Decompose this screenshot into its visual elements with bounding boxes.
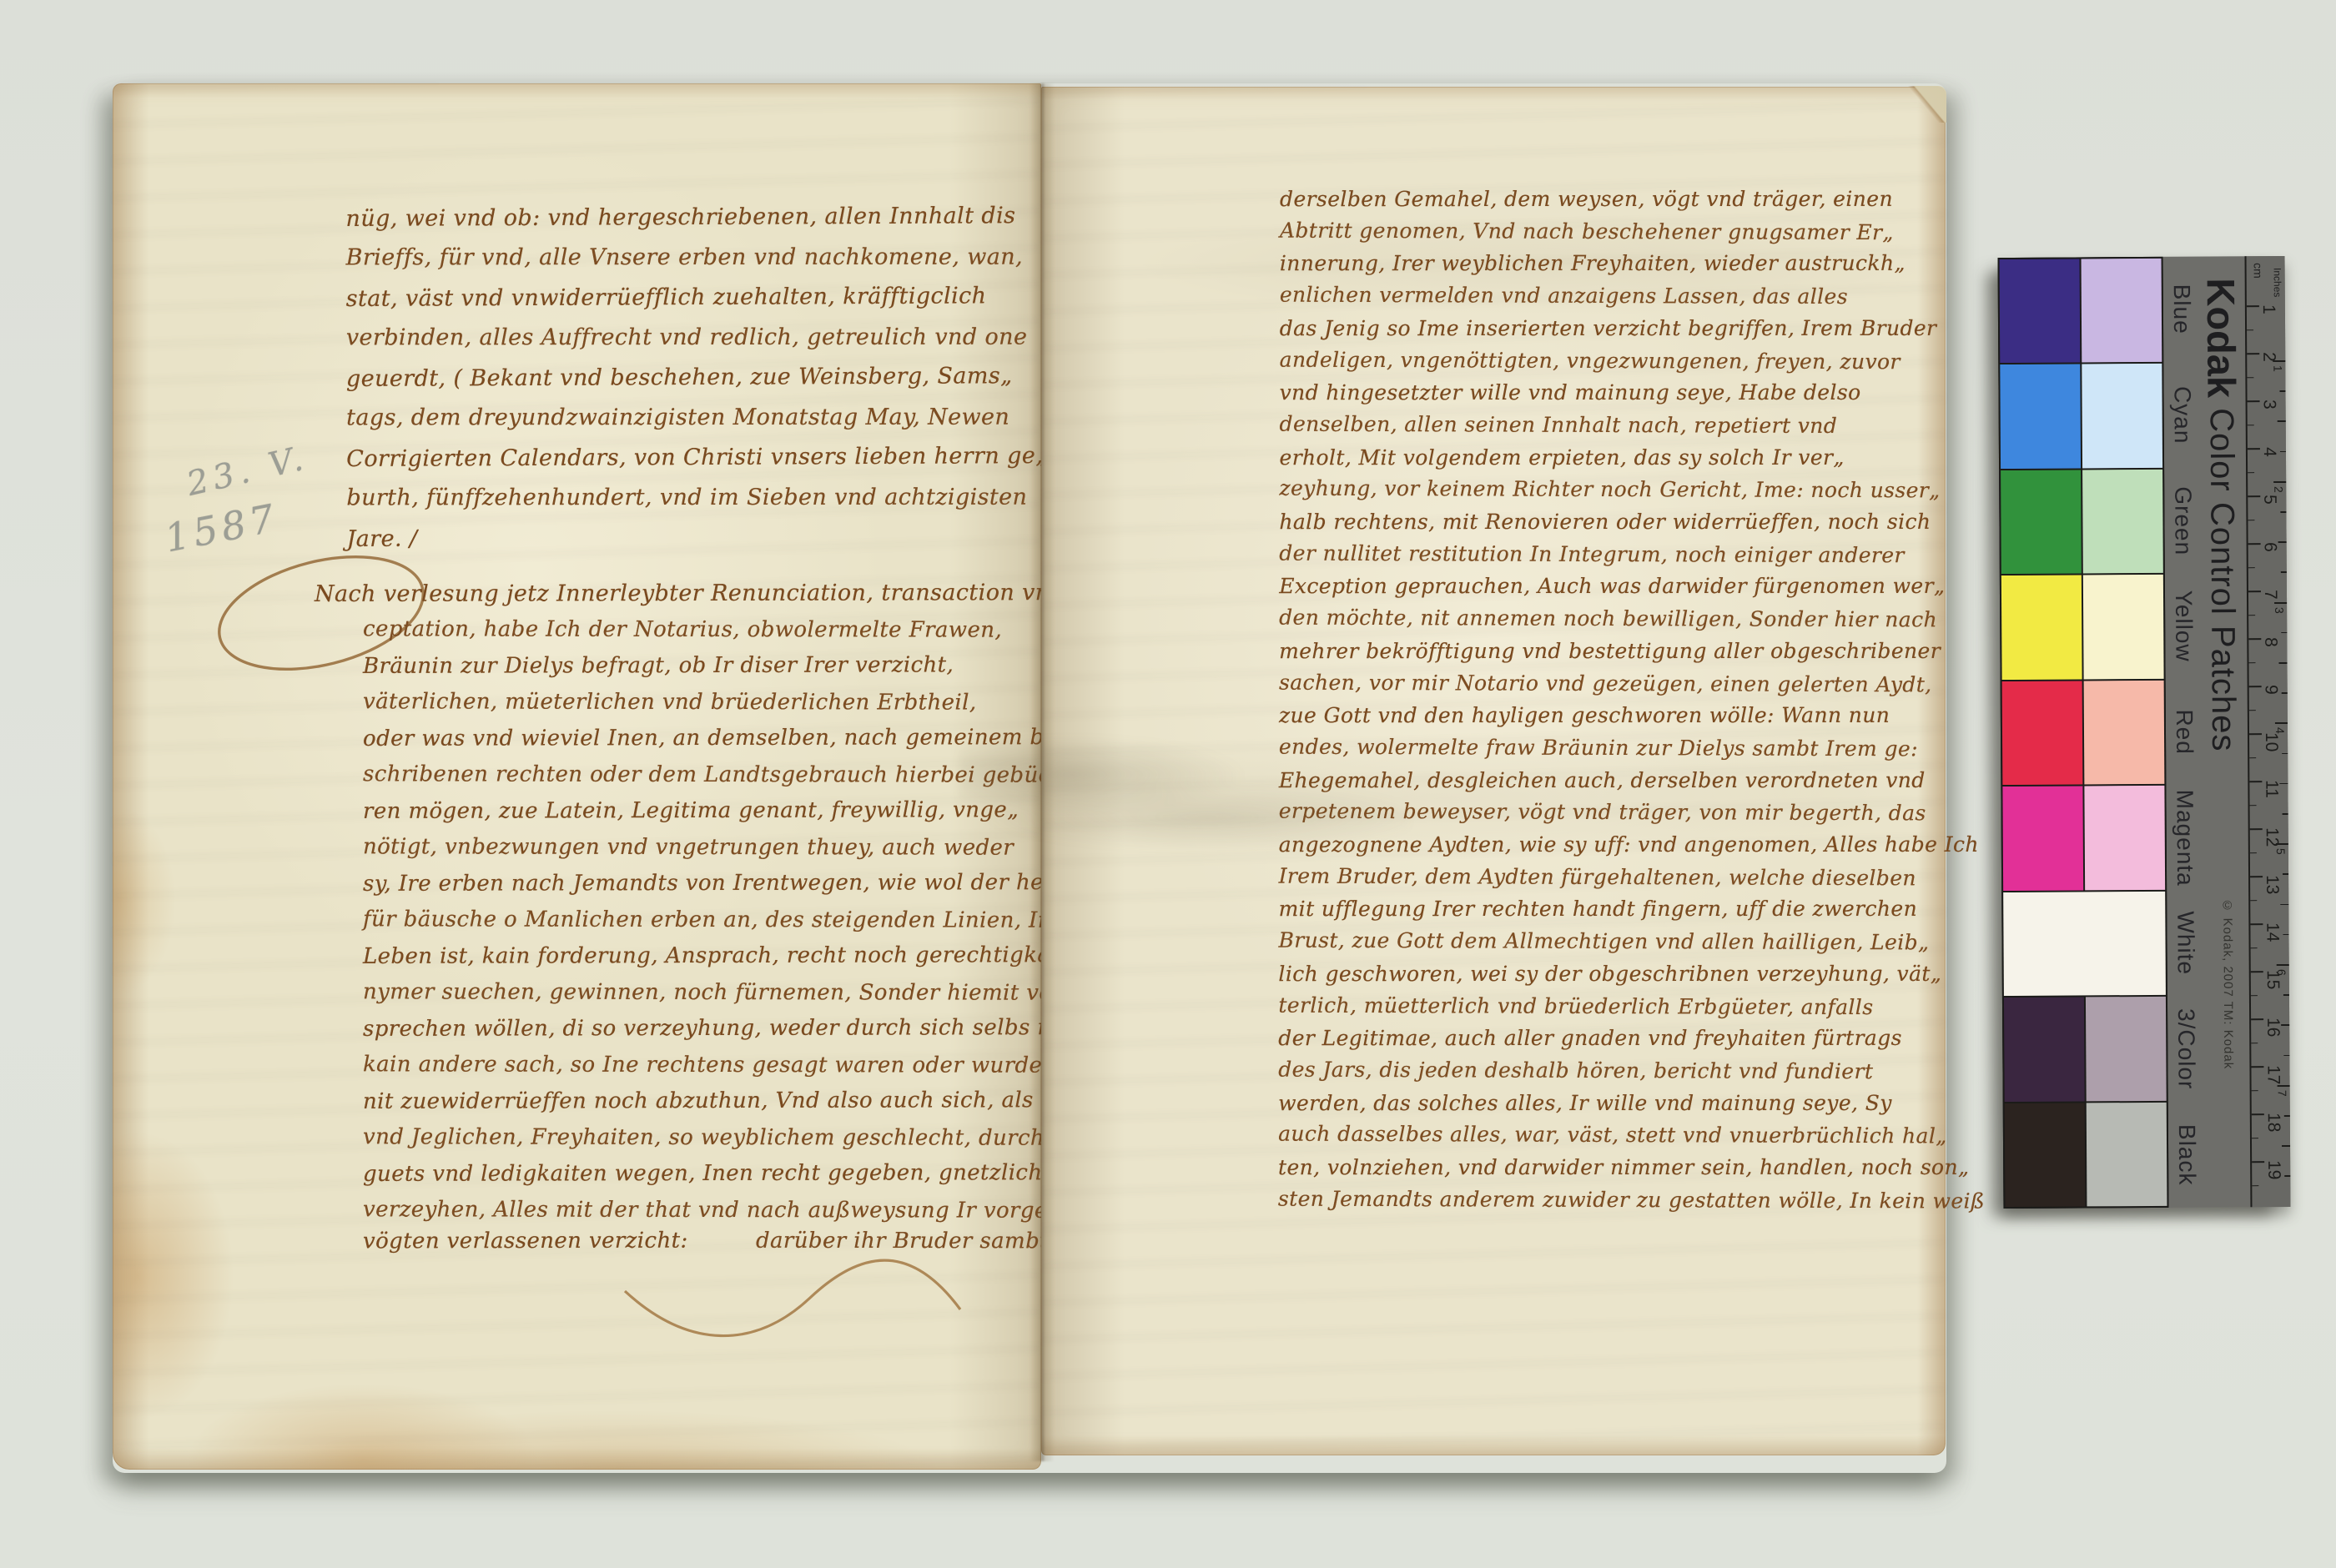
ruler-tick bbox=[2251, 1043, 2258, 1044]
ruler-tick bbox=[2249, 757, 2256, 759]
manuscript-line: verzeyhen, Alles mit der that vnd nach a… bbox=[363, 1192, 1049, 1229]
ruler-tick bbox=[2247, 329, 2253, 331]
manuscript-line: burth, fünffzehenhundert, vnd im Sieben … bbox=[346, 478, 1044, 519]
ruler-cm-number: 18 bbox=[2263, 1113, 2283, 1133]
manuscript-line: zue Gott vnd den hayligen geschworen wöl… bbox=[1279, 700, 1945, 732]
ruler-tick bbox=[2278, 1085, 2290, 1087]
left-page-block2: Nach verlesung jetz Innerleybter Renunci… bbox=[363, 575, 1049, 1229]
manuscript-line: angezognene Aydten, wie sy uff: vnd ange… bbox=[1279, 829, 1945, 862]
right-page-block: derselben Gemahel, dem weysen, vögt vnd … bbox=[1278, 183, 1946, 1217]
closing-line: vögten verlassenen verzicht: bbox=[363, 1229, 688, 1254]
patch-label-3color: 3/Color bbox=[2172, 1008, 2200, 1089]
manuscript-line: für bäusche o Manlichen erben an, des st… bbox=[363, 902, 1049, 939]
ruler-cm-number: 5 bbox=[2259, 495, 2279, 505]
left-page-closing-row: vögten verlassenen verzicht: darüber ihr… bbox=[363, 1229, 1049, 1254]
dog-ear-fold bbox=[1885, 86, 1946, 123]
ruler-tick bbox=[2283, 994, 2289, 996]
patch-label-yellow: Yellow bbox=[2170, 591, 2198, 662]
manuscript-line: Corrigierten Calendars, von Christi vnse… bbox=[346, 436, 1044, 480]
manuscript-line: nüg, wei vnd ob: vnd hergeschriebenen, a… bbox=[345, 196, 1043, 239]
manuscript-right-page: derselben Gemahel, dem weysen, vögt vnd … bbox=[1041, 87, 1946, 1455]
ruler-tick bbox=[2250, 923, 2263, 925]
ruler-tick bbox=[2250, 852, 2257, 854]
ruler-tick bbox=[2251, 947, 2258, 949]
patch-magenta-saturated bbox=[2002, 787, 2083, 891]
ruler-inch-number: 1 bbox=[2271, 365, 2284, 372]
ruler-tick bbox=[2273, 360, 2285, 362]
ruler-tick bbox=[2248, 591, 2261, 592]
ruler-tick bbox=[2249, 733, 2262, 735]
left-page-block1: nüg, wei vnd ob: vnd hergeschriebenen, a… bbox=[345, 197, 1044, 559]
manuscript-line: enlichen vermelden vnd anzaigens Lassen,… bbox=[1280, 279, 1946, 314]
manuscript-line: mehrer bekröfftigung vnd bestettigung al… bbox=[1279, 636, 1945, 668]
manuscript-line: nötigt, vnbezwungen vnd vngetrungen thue… bbox=[363, 829, 1049, 867]
manuscript-line: mit ufflegung Irer rechten handt fingern… bbox=[1279, 893, 1945, 926]
strip-title: Color Control Patches bbox=[2203, 398, 2243, 752]
ruler-cm-number: 11 bbox=[2261, 780, 2281, 798]
manuscript-line: Bräunin zur Dielys befragt, ob Ir diser … bbox=[363, 647, 1049, 685]
manuscript-line: ren mögen, zue Latein, Legitima genant, … bbox=[363, 792, 1049, 830]
patch-green-tint bbox=[2082, 470, 2163, 574]
end-flourish bbox=[613, 1251, 972, 1359]
manuscript-line: stat, väst vnd vnwiderrüefflich zuehalte… bbox=[346, 276, 1044, 319]
ruler-tick bbox=[2284, 1175, 2290, 1177]
ruler-tick bbox=[2284, 1115, 2290, 1117]
manuscript-line: terlich, müetterlich vnd brüederlich Erb… bbox=[1278, 989, 1944, 1023]
manuscript-line: guets vnd ledigkaiten wegen, Inen recht … bbox=[363, 1155, 1049, 1193]
ruler-tick bbox=[2281, 571, 2287, 573]
manuscript-line: auch dasselbes alles, war, väst, stett v… bbox=[1278, 1118, 1944, 1153]
archival-date-note-year: 1587 bbox=[161, 495, 282, 560]
ruler-tick bbox=[2283, 1055, 2289, 1057]
ruler-tick bbox=[2282, 753, 2288, 755]
ruler-tick bbox=[2248, 543, 2261, 545]
manuscript-line: werden, das solches alles, Ir wille vnd … bbox=[1278, 1088, 1944, 1120]
manuscript-line: oder was vnd wieviel Inen, an demselben,… bbox=[363, 720, 1049, 757]
patch-label-magenta: Magenta bbox=[2171, 789, 2198, 886]
manuscript-line: Brieffs, für vnd, alle Vnsere erben vnd … bbox=[346, 238, 1044, 279]
kodak-copyright: © Kodak, 2007 TM: Kodak bbox=[2220, 898, 2235, 1069]
ruler-tick bbox=[2250, 900, 2257, 902]
ruler-tick bbox=[2283, 934, 2288, 936]
manuscript-line: vnd hingesetzter wille vnd mainung seye,… bbox=[1280, 377, 1946, 410]
manuscript-line: derselben Gemahel, dem weysen, vögt vnd … bbox=[1280, 183, 1946, 216]
ruler-tick bbox=[2252, 1113, 2264, 1115]
ruler-tick bbox=[2273, 481, 2286, 483]
ruler-tick bbox=[2249, 686, 2262, 687]
manuscript-line: tags, dem dreyundzwainzigisten Monatstag… bbox=[346, 398, 1044, 439]
manuscript-line: der nullitet restitution In Integrum, no… bbox=[1279, 537, 1945, 571]
manuscript-line: Exception geprauchen, Auch was darwider … bbox=[1279, 570, 1945, 603]
ruler-cm-number: 13 bbox=[2262, 875, 2282, 895]
catchword: darüber ihr Bruder sambt bbox=[756, 1229, 1049, 1254]
ruler-tick bbox=[2250, 876, 2263, 877]
ruler-tick bbox=[2281, 632, 2287, 634]
manuscript-line: Nach verlesung jetz Innerleybter Renunci… bbox=[315, 575, 1049, 612]
ruler-inch-number: 2 bbox=[2272, 486, 2285, 493]
patch-label-cyan: Cyan bbox=[2168, 386, 2195, 445]
ruler-cm-label: cm bbox=[2252, 263, 2265, 279]
patch-magenta-tint bbox=[2084, 786, 2165, 890]
ruler-cm-number: 8 bbox=[2260, 637, 2280, 647]
ruler-tick bbox=[2248, 662, 2255, 664]
ruler-tick bbox=[2248, 615, 2255, 616]
strip-ruler: cm Inches 123456789101112131415161718191… bbox=[2245, 256, 2291, 1207]
manuscript-line: sten Jemandts anderem zuwider zu gestatt… bbox=[1278, 1183, 1944, 1217]
ruler-tick bbox=[2282, 1145, 2290, 1147]
ruler-tick bbox=[2251, 995, 2258, 997]
ruler-tick bbox=[2252, 1161, 2264, 1163]
ruler-inch-number: 7 bbox=[2276, 1090, 2289, 1097]
patch-black-tint bbox=[2087, 1102, 2167, 1206]
ruler-cm-number: 6 bbox=[2260, 542, 2280, 552]
ruler-tick bbox=[2248, 495, 2260, 497]
ruler-cm-number: 7 bbox=[2260, 590, 2280, 600]
ruler-tick bbox=[2248, 638, 2261, 640]
patch-red-saturated bbox=[2002, 681, 2083, 785]
ruler-tick bbox=[2277, 964, 2289, 966]
ruler-cm-number: 14 bbox=[2262, 922, 2282, 942]
patch-yellow-tint bbox=[2083, 575, 2164, 679]
patch-black-saturated bbox=[2005, 1103, 2086, 1207]
patch-label-green: Green bbox=[2169, 486, 2197, 555]
manuscript-line: denselben, allen seinen Innhalt nach, re… bbox=[1280, 409, 1946, 443]
manuscript-line: nit zuewiderrüeffen noch abzuthun, Vnd a… bbox=[363, 1083, 1049, 1120]
ruler-cm-number: 17 bbox=[2263, 1065, 2283, 1085]
ruler-tick bbox=[2249, 710, 2256, 711]
manuscript-line: väterlichen, müeterlichen vnd brüederlic… bbox=[363, 684, 1049, 721]
patch-red-tint bbox=[2084, 681, 2165, 785]
color-patch-grid bbox=[1998, 257, 2169, 1209]
ruler-tick bbox=[2248, 567, 2255, 569]
ruler-tick bbox=[2278, 662, 2287, 664]
manuscript-line: erholt, Mit volgendem erpieten, das sy s… bbox=[1279, 441, 1945, 474]
ruler-tick bbox=[2278, 541, 2287, 543]
ruler-cm-number: 4 bbox=[2259, 447, 2279, 457]
manuscript-line: andeligen, vngenöttigten, vngezwungenen,… bbox=[1280, 344, 1946, 378]
manuscript-line: ceptation, habe Ich der Notarius, obwole… bbox=[363, 611, 1049, 649]
ruler-cm-number: 1 bbox=[2258, 304, 2278, 314]
ruler-tick bbox=[2252, 1138, 2258, 1139]
ruler-tick bbox=[2249, 781, 2262, 782]
manuscript-line: das Jenig so Ime inserierten verzicht be… bbox=[1280, 313, 1946, 345]
ruler-tick bbox=[2275, 722, 2288, 724]
manuscript-line: Abtritt genomen, Vnd nach beschehener gn… bbox=[1280, 214, 1946, 249]
patch-3color-saturated bbox=[2004, 998, 2085, 1102]
manuscript-line: des Jars, dis jeden deshalb hören, beric… bbox=[1278, 1054, 1944, 1088]
ruler-tick bbox=[2280, 904, 2288, 906]
ruler-tick bbox=[2250, 805, 2257, 807]
ruler-tick bbox=[2283, 873, 2288, 875]
manuscript-line: den möchte, nit annemen noch bewilligen,… bbox=[1279, 602, 1945, 636]
ruler-tick bbox=[2279, 783, 2288, 785]
patch-white bbox=[2003, 892, 2166, 997]
patch-green-saturated bbox=[2001, 470, 2082, 574]
manuscript-left-page: 23. V. 1587 nüg, wei vnd ob: vnd hergesc… bbox=[113, 83, 1041, 1470]
kodak-wordmark: Kodak bbox=[2199, 278, 2244, 398]
patch-cyan-tint bbox=[2082, 364, 2162, 468]
patch-blue-saturated bbox=[2000, 259, 2081, 363]
archival-date-note-day: 23. V. bbox=[184, 439, 312, 504]
ruler-tick bbox=[2276, 843, 2288, 845]
patch-label-black: Black bbox=[2173, 1124, 2200, 1186]
manuscript-line: kain andere sach, so Ine rechtens gesagt… bbox=[363, 1047, 1049, 1084]
ruler-tick bbox=[2282, 692, 2288, 694]
ruler-tick bbox=[2247, 305, 2259, 307]
ruler-tick bbox=[2247, 353, 2259, 354]
ruler-inch-number: 5 bbox=[2274, 848, 2288, 855]
manuscript-line: endes, wolermelte fraw Bräunin zur Diely… bbox=[1279, 731, 1945, 766]
ruler-tick bbox=[2248, 448, 2260, 450]
manuscript-line: vnd Jeglichen, Freyhaiten, so weyblichem… bbox=[363, 1119, 1049, 1157]
ruler-tick bbox=[2252, 1185, 2258, 1187]
ruler-cm-number: 10 bbox=[2261, 732, 2281, 752]
patch-label-red: Red bbox=[2171, 709, 2198, 755]
manuscript-line: nymer suechen, gewinnen, noch fürnemen, … bbox=[363, 974, 1049, 1012]
manuscript-line: Ehegemahel, desgleichen auch, derselben … bbox=[1279, 765, 1945, 797]
ruler-tick bbox=[2251, 1018, 2263, 1020]
photograph-canvas: { "document": { "type_label": "16th cent… bbox=[0, 0, 2336, 1568]
manuscript-line: innerung, Irer weyblichen Freyhaiten, wi… bbox=[1280, 248, 1946, 280]
ruler-inch-number: 3 bbox=[2273, 607, 2286, 614]
ruler-tick bbox=[2251, 1066, 2263, 1068]
ruler-cm-number: 16 bbox=[2263, 1018, 2283, 1038]
manuscript-line: erpetenem beweyser, vögt vnd träger, von… bbox=[1279, 796, 1945, 830]
manuscript-line: sprechen wöllen, di so verzeyhung, weder… bbox=[363, 1010, 1049, 1048]
ruler-tick bbox=[2281, 1024, 2289, 1026]
manuscript-line: zeyhung, vor keinem Richter noch Gericht… bbox=[1279, 473, 1945, 507]
patch-yellow-saturated bbox=[2001, 575, 2082, 680]
kodak-color-control-strip: BlueCyanGreenYellowRedMagentaWhite3/Colo… bbox=[1998, 256, 2291, 1209]
manuscript-line: Leben ist, kain forderung, Ansprach, rec… bbox=[363, 937, 1049, 975]
ruler-tick bbox=[2250, 828, 2263, 830]
manuscript-line: schribenen rechten oder dem Landtsgebrau… bbox=[363, 756, 1049, 794]
ruler-tick bbox=[2248, 425, 2254, 426]
ruler-inches-label: Inches bbox=[2272, 268, 2283, 297]
ruler-tick bbox=[2248, 472, 2254, 474]
manuscript-line: geuerdt, ( Bekant vnd beschehen, zue Wei… bbox=[346, 356, 1044, 400]
manuscript-line: lich geschworen, wei sy der obgeschribne… bbox=[1278, 958, 1944, 991]
manuscript-line: sachen, vor mir Notario vnd gezeügen, ei… bbox=[1279, 666, 1945, 701]
patch-cyan-saturated bbox=[2000, 364, 2081, 469]
ruler-tick bbox=[2247, 377, 2253, 379]
ruler-tick bbox=[2278, 420, 2286, 422]
patch-blue-tint bbox=[2082, 259, 2162, 363]
ruler-cm-number: 19 bbox=[2263, 1160, 2283, 1180]
ruler-tick bbox=[2252, 1090, 2258, 1092]
manuscript-line: Jare. / bbox=[346, 516, 1044, 560]
ruler-tick bbox=[2283, 813, 2288, 815]
manuscript-line: Irem Bruder, dem Aydten fürgehaltenen, w… bbox=[1279, 860, 1945, 894]
manuscript-line: ten, volnziehen, vnd darwider nimmer sei… bbox=[1278, 1152, 1944, 1184]
manuscript-line: sy, Ire erben nach Jemandts von Irentweg… bbox=[363, 865, 1049, 902]
ruler-tick bbox=[2248, 400, 2260, 402]
patch-label-white: White bbox=[2172, 912, 2198, 976]
ruler-tick bbox=[2248, 520, 2254, 521]
ruler-cm-number: 3 bbox=[2259, 400, 2279, 410]
ruler-tick bbox=[2280, 451, 2286, 453]
ruler-inch-number: 4 bbox=[2273, 727, 2287, 734]
manuscript-line: Brust, zue Gott dem Allmechtigen vnd all… bbox=[1278, 925, 1944, 959]
ruler-tick bbox=[2279, 390, 2285, 392]
patch-3color-tint bbox=[2086, 997, 2167, 1101]
ruler-inch-number: 6 bbox=[2275, 969, 2288, 976]
ruler-tick bbox=[2251, 971, 2263, 972]
manuscript-line: der Legitimae, auch aller gnaden vnd fre… bbox=[1278, 1023, 1944, 1055]
manuscript-line: verbinden, alles Auffrecht vnd redlich, … bbox=[346, 318, 1044, 359]
ruler-cm-number: 9 bbox=[2261, 685, 2281, 695]
manuscript-line: halb rechtens, mit Renovieren oder wider… bbox=[1279, 506, 1945, 539]
patch-label-blue: Blue bbox=[2168, 284, 2195, 334]
ruler-tick bbox=[2280, 511, 2286, 513]
ruler-tick bbox=[2274, 602, 2287, 604]
